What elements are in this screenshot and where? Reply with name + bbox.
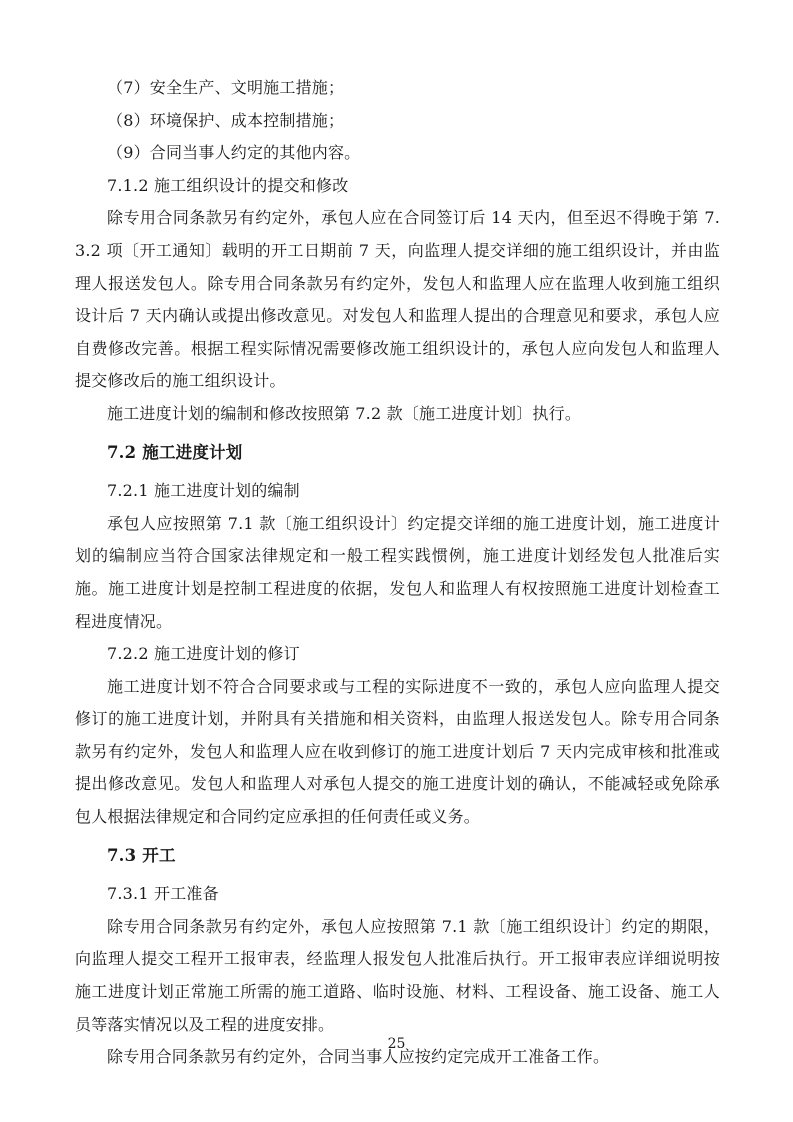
list-item-8: （8）环境保护、成本控制措施；	[75, 105, 720, 138]
clause-7-1-2-paragraph-2: 施工进度计划的编制和修改按照第 7.2 款〔施工进度计划〕执行。	[75, 398, 720, 431]
section-7-3-heading: 7.3 开工	[75, 840, 720, 873]
clause-7-2-2-paragraph: 施工进度计划不符合合同要求或与工程的实际进度不一致的，承包人应向监理人提交修订的…	[75, 671, 720, 834]
clause-7-3-1-heading: 7.3.1 开工准备	[75, 878, 720, 911]
list-item-9: （9）合同当事人约定的其他内容。	[75, 137, 720, 170]
section-7-2-heading: 7.2 施工进度计划	[75, 437, 720, 470]
document-body: （7）安全生产、文明施工措施； （8）环境保护、成本控制措施； （9）合同当事人…	[75, 72, 720, 1074]
clause-7-1-2-heading: 7.1.2 施工组织设计的提交和修改	[75, 170, 720, 203]
page-number: 25	[0, 1034, 793, 1054]
list-item-7: （7）安全生产、文明施工措施；	[75, 72, 720, 105]
clause-7-1-2-paragraph: 除专用合同条款另有约定外，承包人应在合同签订后 14 天内，但至迟不得晚于第 7…	[75, 202, 720, 398]
clause-7-3-1-paragraph: 除专用合同条款另有约定外，承包人应按照第 7.1 款〔施工组织设计〕约定的期限，…	[75, 911, 720, 1041]
clause-7-2-2-heading: 7.2.2 施工进度计划的修订	[75, 638, 720, 671]
clause-7-2-1-paragraph: 承包人应按照第 7.1 款〔施工组织设计〕约定提交详细的施工进度计划，施工进度计…	[75, 508, 720, 638]
document-page: （7）安全生产、文明施工措施； （8）环境保护、成本控制措施； （9）合同当事人…	[0, 0, 793, 1122]
clause-7-2-1-heading: 7.2.1 施工进度计划的编制	[75, 475, 720, 508]
